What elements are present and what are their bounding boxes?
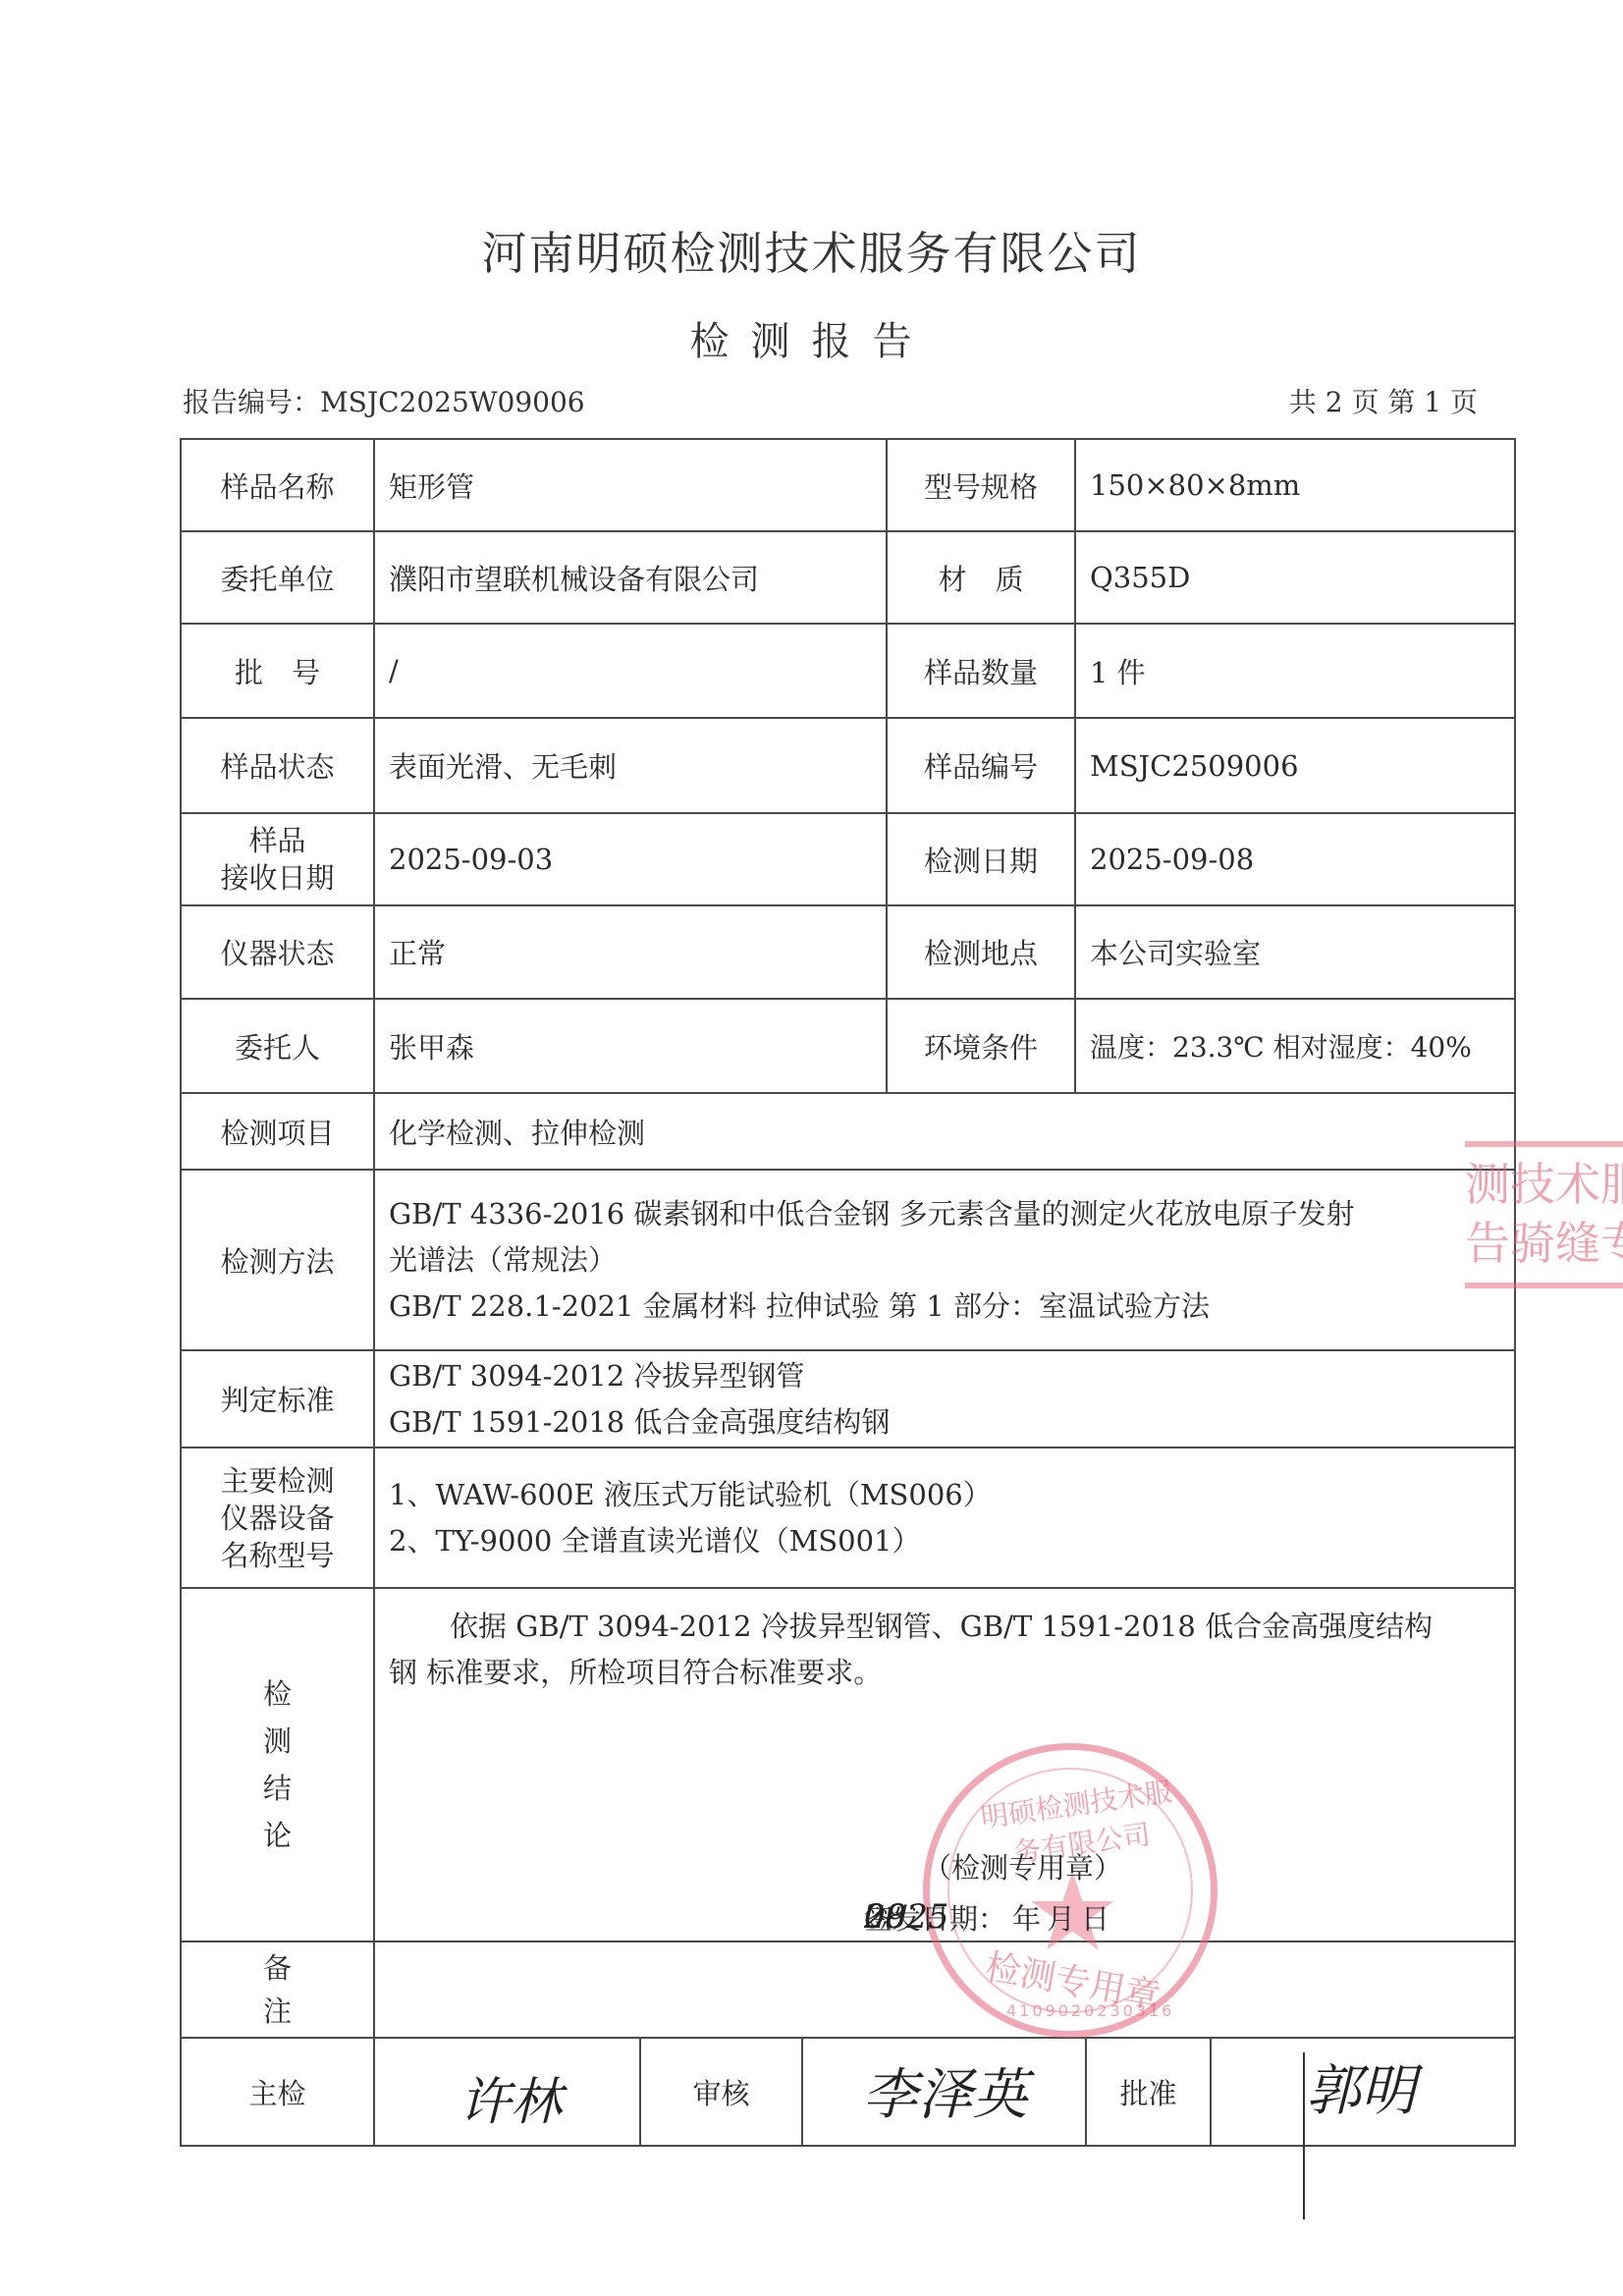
- label-environment: 环境条件: [888, 1000, 1074, 1092]
- report-number-value: MSJC2025W09006: [320, 386, 585, 418]
- signature-chief-inspector: 许林: [383, 2039, 638, 2155]
- method-line: GB/T 228.1-2021 金属材料 拉伸试验 第 1 部分：室温试验方法: [389, 1284, 1210, 1330]
- col-divider: [801, 2037, 803, 2147]
- equipment-label-line: 主要检测: [220, 1462, 334, 1500]
- standard-line: GB/T 3094-2012 冷拔异型钢管: [389, 1353, 804, 1399]
- value-sample-quantity: 1 件: [1076, 625, 1514, 717]
- value-instrument-status: 正常: [375, 906, 886, 998]
- label-sample-quantity: 样品数量: [888, 625, 1074, 717]
- label-reviewer: 审核: [641, 2039, 801, 2145]
- conclusion-label-char: 结: [263, 1765, 292, 1812]
- label-client: 委托单位: [182, 532, 373, 623]
- report-number: 报告编号：MSJC2025W09006: [183, 381, 585, 420]
- label-sample-condition: 样品状态: [182, 719, 373, 812]
- report-number-label: 报告编号：: [183, 386, 320, 418]
- table-border-right: [1514, 438, 1516, 2147]
- value-environment: 温度：23.3℃ 相对湿度：40%: [1076, 1000, 1514, 1092]
- seam-seal-line2: 告骑缝专: [1465, 1214, 1623, 1273]
- label-model-spec: 型号规格: [888, 440, 1074, 530]
- remarks-label-char: 注: [263, 1990, 292, 2033]
- document-title: 检测报告: [0, 310, 1623, 366]
- label-test-methods: 检测方法: [182, 1171, 373, 1349]
- label-remarks: 备 注: [182, 1942, 373, 2037]
- seam-seal: 测技术服务 告骑缝专: [1465, 1141, 1623, 1288]
- conclusion-label-char: 测: [263, 1718, 292, 1765]
- label-receipt-date-line2: 接收日期: [220, 859, 334, 897]
- label-conclusion: 检 测 结 论: [182, 1589, 373, 1941]
- conclusion-text-line2: 钢 标准要求，所检项目符合标准要求。: [389, 1651, 882, 1691]
- value-judgement-standards: GB/T 3094-2012 冷拔异型钢管 GB/T 1591-2018 低合金…: [375, 1351, 1514, 1447]
- label-batch-no: 批 号: [182, 625, 373, 717]
- value-test-location: 本公司实验室: [1076, 906, 1514, 998]
- remarks-label-char: 备: [263, 1946, 292, 1990]
- label-test-location: 检测地点: [888, 906, 1074, 998]
- label-sample-number: 样品编号: [888, 719, 1074, 812]
- label-instrument-status: 仪器状态: [182, 906, 373, 998]
- col-divider: [1210, 2037, 1212, 2147]
- label-sample-name: 样品名称: [182, 440, 373, 530]
- value-test-methods: GB/T 4336-2016 碳素钢和中低合金钢 多元素含量的测定火花放电原子发…: [375, 1171, 1514, 1349]
- equipment-line: 2、TY-9000 全谱直读光谱仪（MS001）: [389, 1518, 921, 1564]
- method-line: GB/T 4336-2016 碳素钢和中低合金钢 多元素含量的测定火花放电原子发…: [389, 1191, 1355, 1237]
- label-test-date: 检测日期: [888, 814, 1074, 904]
- issue-day-handwritten: 08: [864, 1897, 906, 1937]
- conclusion-label-char: 论: [263, 1812, 292, 1859]
- label-judgement-standards: 判定标准: [182, 1351, 373, 1447]
- year-unit: 年: [1012, 1897, 1041, 1938]
- day-unit: 日: [1081, 1897, 1109, 1938]
- value-batch-no: /: [375, 625, 886, 717]
- label-approver: 批准: [1087, 2039, 1210, 2145]
- value-sample-condition: 表面光滑、无毛刺: [375, 719, 886, 812]
- method-line: 光谱法（常规法）: [389, 1237, 617, 1284]
- label-material: 材 质: [888, 532, 1074, 623]
- seam-seal-line1: 测技术服务: [1465, 1155, 1623, 1214]
- value-test-date: 2025-09-08: [1076, 814, 1514, 904]
- label-receipt-date-line1: 样品: [248, 822, 305, 859]
- seal-note: （检测专用章）: [923, 1846, 1122, 1886]
- value-receipt-date: 2025-09-03: [375, 814, 886, 904]
- signature-reviewer: 李泽英: [805, 2033, 1085, 2149]
- issue-date: 签发日期： 2025 年 09 月 08 日: [864, 1897, 1109, 1938]
- label-chief-inspector: 主检: [182, 2039, 373, 2145]
- value-model-spec: 150×80×8mm: [1076, 440, 1514, 530]
- label-equipment: 主要检测 仪器设备 名称型号: [182, 1449, 373, 1587]
- equipment-label-line: 仪器设备: [220, 1500, 334, 1537]
- signature-approver: 郭明: [1214, 2033, 1508, 2141]
- month-unit: 月: [1047, 1897, 1075, 1938]
- equipment-line: 1、WAW-600E 液压式万能试验机（MS006）: [389, 1472, 992, 1518]
- equipment-label-line: 名称型号: [220, 1537, 334, 1574]
- signature-stroke: [1303, 2052, 1305, 2219]
- value-material: Q355D: [1076, 532, 1514, 623]
- conclusion-label-char: 检: [263, 1670, 292, 1718]
- value-client: 濮阳市望联机械设备有限公司: [375, 532, 886, 623]
- label-client-person: 委托人: [182, 1000, 373, 1092]
- value-test-items: 化学检测、拉伸检测: [375, 1094, 1514, 1169]
- label-test-items: 检测项目: [182, 1094, 373, 1169]
- company-name: 河南明硕检测技术服务有限公司: [0, 218, 1623, 283]
- value-sample-name: 矩形管: [375, 440, 886, 530]
- value-remarks: [375, 1942, 1514, 2037]
- page-info: 共 2 页 第 1 页: [1289, 381, 1478, 420]
- standard-line: GB/T 1591-2018 低合金高强度结构钢: [389, 1399, 890, 1446]
- conclusion-text-line1: 依据 GB/T 3094-2012 冷拔异型钢管、GB/T 1591-2018 …: [450, 1605, 1433, 1645]
- label-receipt-date: 样品 接收日期: [182, 814, 373, 904]
- value-client-person: 张甲森: [375, 1000, 886, 1092]
- row-divider: [180, 1587, 1516, 1589]
- value-equipment: 1、WAW-600E 液压式万能试验机（MS006） 2、TY-9000 全谱直…: [375, 1449, 1514, 1587]
- value-sample-number: MSJC2509006: [1076, 719, 1514, 812]
